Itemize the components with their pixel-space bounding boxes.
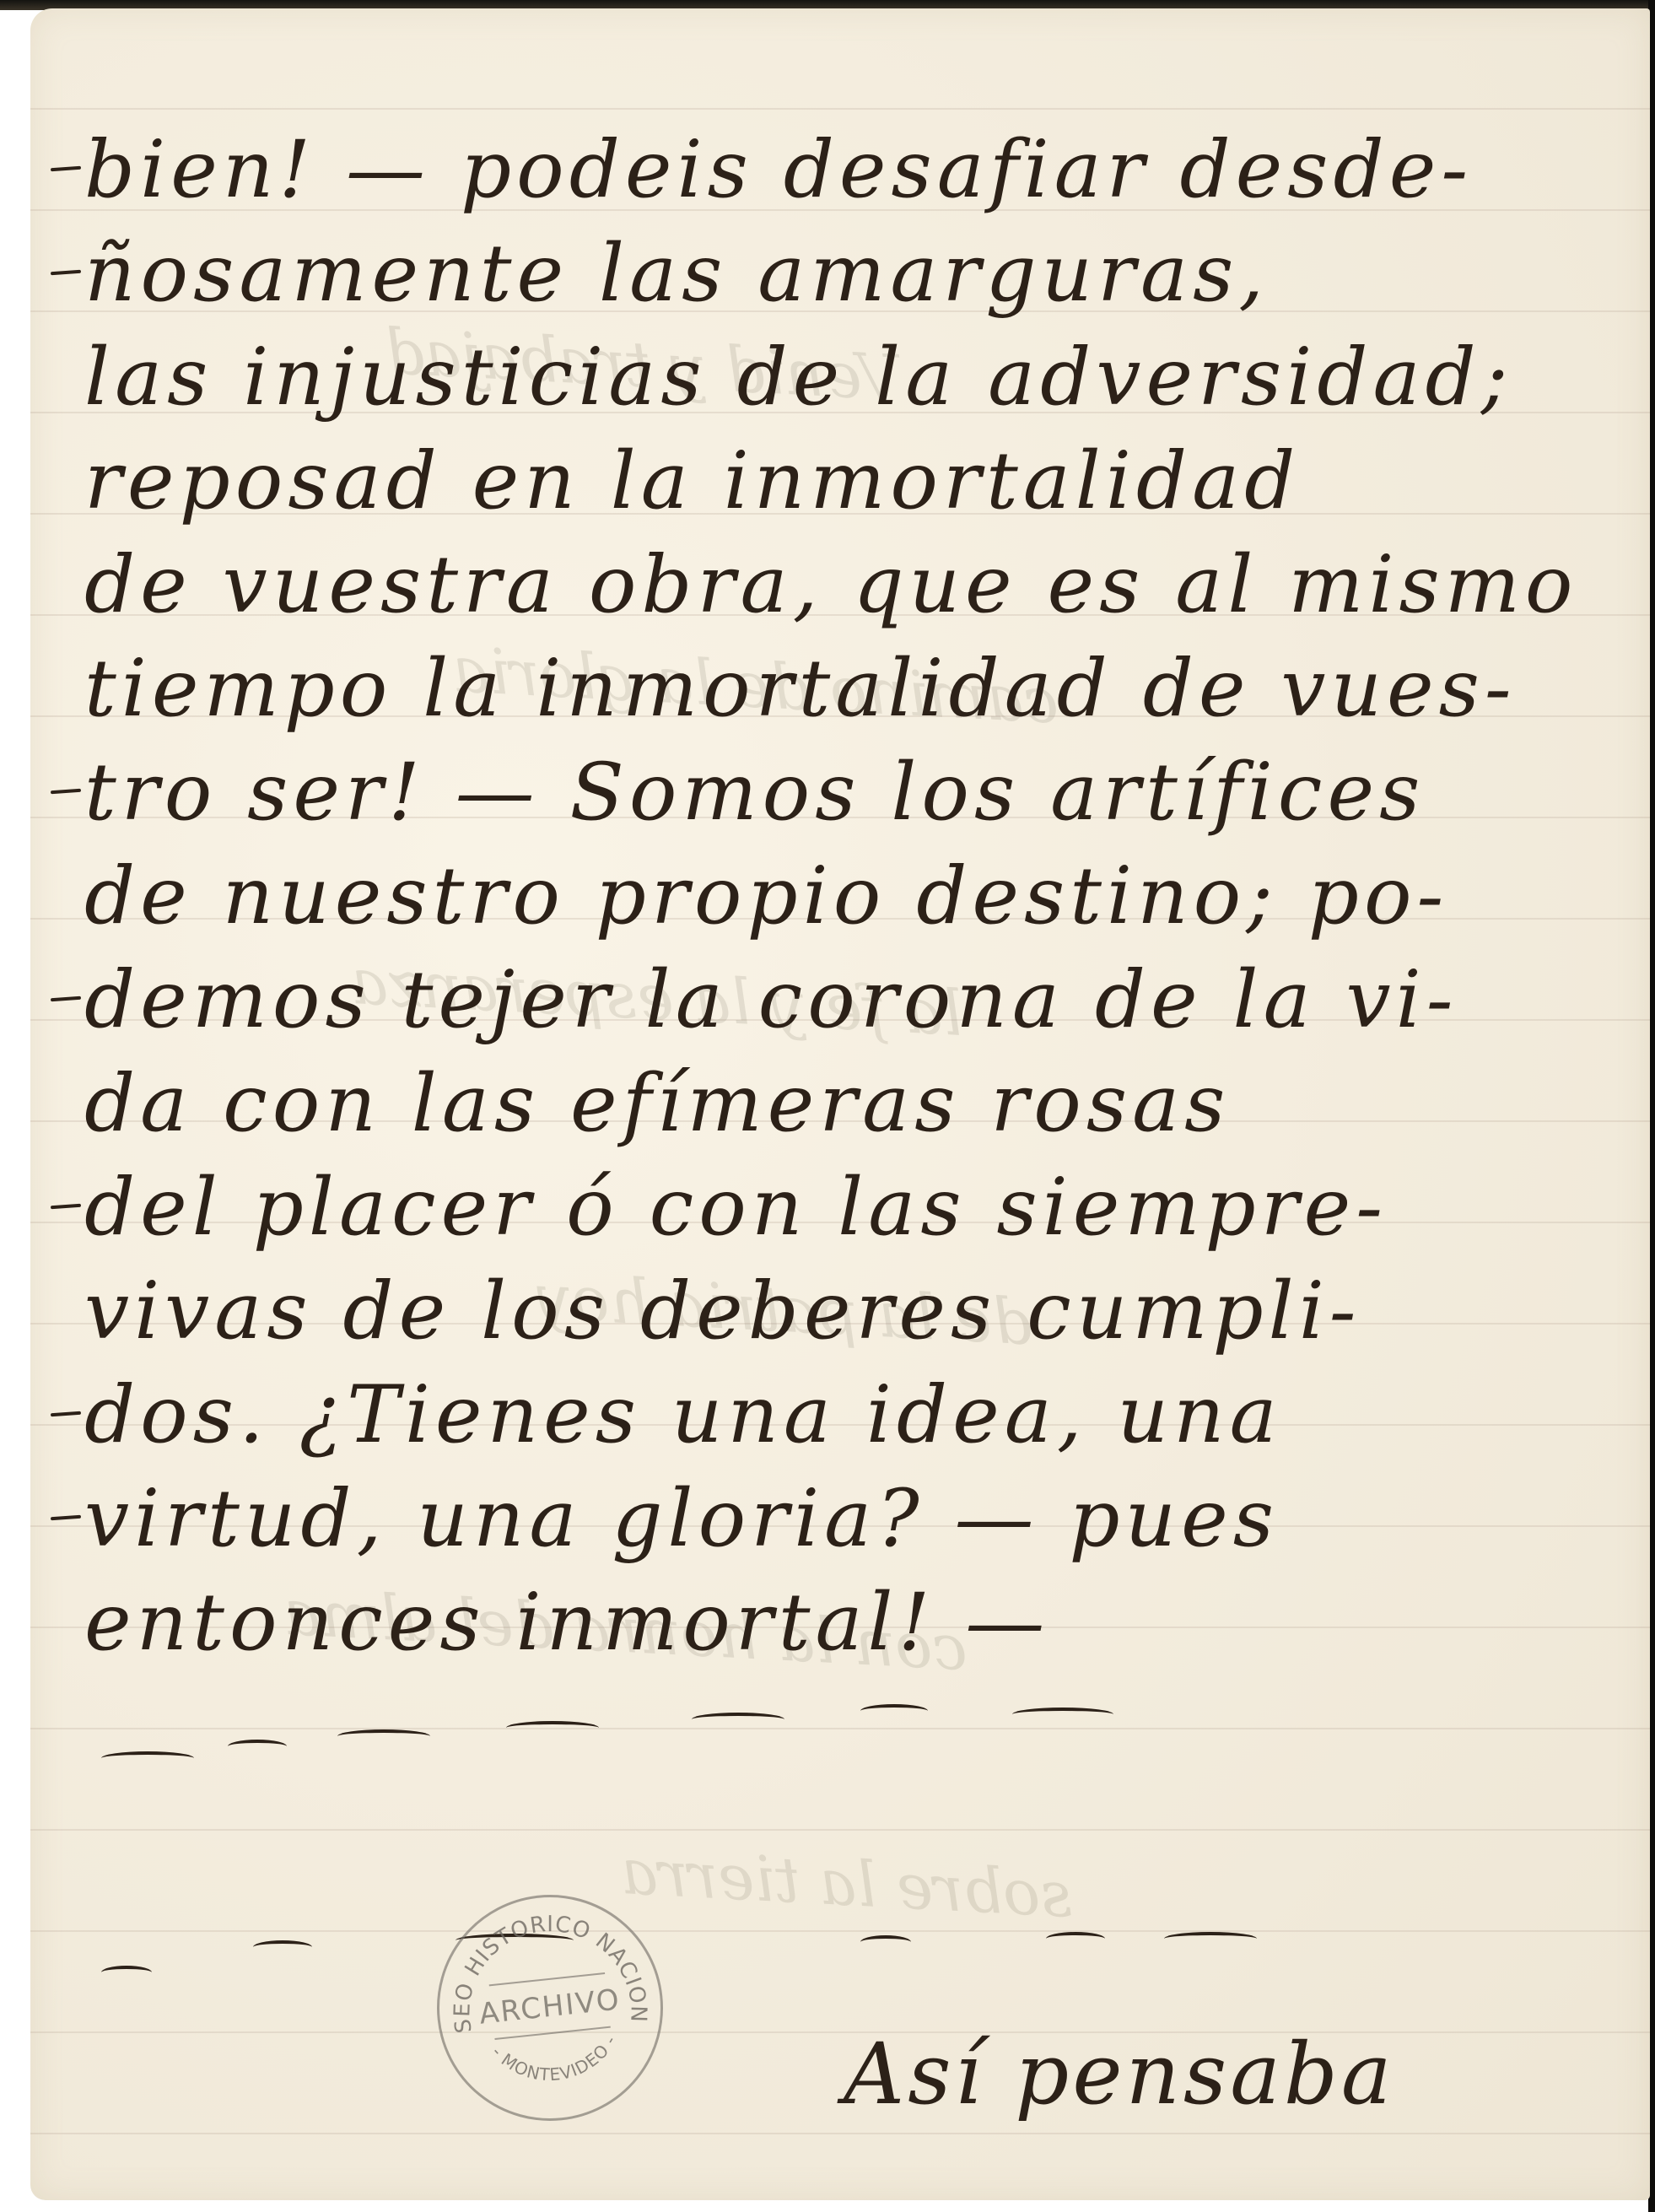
text-line: ñosamente las amarguras, xyxy=(84,222,1603,326)
text-line: tiempo la inmortalidad de vues- xyxy=(84,637,1603,741)
text-line: dos. ¿Tienes una idea, una xyxy=(84,1363,1603,1467)
text-line: vivas de los deberes cumpli- xyxy=(84,1260,1603,1363)
text-line: entonces inmortal! — xyxy=(84,1571,1603,1675)
svg-text:- MONTEVIDEO -: - MONTEVIDEO - xyxy=(487,2030,624,2091)
text-line: reposad en la inmortalidad xyxy=(84,429,1603,533)
text-line: bien! — podeis desafiar desde- xyxy=(84,118,1603,222)
text-line: tro ser! — Somos los artífices xyxy=(84,741,1603,844)
filler-dashes-row-2 xyxy=(51,1940,1569,1991)
text-line: del placer ó con las siempre- xyxy=(84,1156,1603,1260)
text-line: da con las efímeras rosas xyxy=(84,1052,1603,1156)
text-line: virtud, una gloria? — pues xyxy=(84,1467,1603,1571)
text-line: las injusticias de la adversidad; xyxy=(84,326,1603,429)
filler-dashes-row-1 xyxy=(51,1721,1569,1772)
text-line: de nuestro propio destino; po- xyxy=(84,844,1603,948)
closing-signature: Así pensaba xyxy=(844,2025,1394,2123)
manuscript-text: bien! — podeis desafiar desde- ñosamente… xyxy=(84,118,1603,1675)
text-line: demos tejer la corona de la vi- xyxy=(84,948,1603,1052)
archive-stamp: MUSEO HISTORICO NACIONAL - MONTEVIDEO - … xyxy=(426,1884,675,2133)
text-line: de vuestra obra, que es al mismo xyxy=(84,533,1603,637)
